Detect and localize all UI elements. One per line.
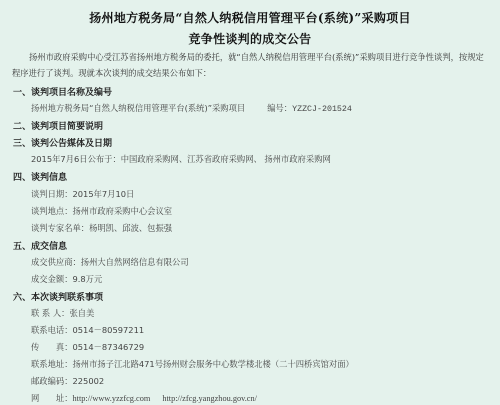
section-heading-contact: 六、本次谈判联系事项 xyxy=(13,290,103,303)
negotiation-date: 谈判日期：2015年7月10日 xyxy=(31,188,134,200)
contact-fax: 传 真：0514－87346729 xyxy=(31,341,144,353)
project-name: 扬州地方税务局“自然人纳税信用管理平台(系统)”采购项目 xyxy=(31,103,245,113)
deal-supplier: 成交供应商：扬州大自然网络信息有限公司 xyxy=(31,256,189,268)
intro-paragraph-line1: 扬州市政府采购中心受江苏省扬州地方税务局的委托，就“自然人纳税信用管理平台(系统… xyxy=(29,51,484,63)
contact-website-row: 网 址：http://www.yzzfcg.comhttp://zfcg.yan… xyxy=(31,392,257,404)
deal-amount: 成交金额：9.8万元 xyxy=(31,273,102,285)
section-heading-negotiation: 四、谈判信息 xyxy=(13,170,67,183)
publish-info: 2015年7月6日公布于：中国政府采购网、江苏省政府采购网、 扬州市政府采购网 xyxy=(31,153,331,165)
website-link-1[interactable]: http://www.yzzfcg.com xyxy=(73,394,151,403)
section-heading-summary: 二、谈判项目简要说明 xyxy=(13,119,103,132)
project-number: YZZCJ-201524 xyxy=(292,105,352,114)
contact-postcode: 邮政编码：225002 xyxy=(31,375,104,387)
contact-address: 联系地址：扬州市扬子江北路471号扬州财会服务中心数学楼北楼（二十四桥宾馆对面） xyxy=(31,358,354,370)
negotiation-experts: 谈判专家名单：杨明凯、邱波、包振强 xyxy=(31,222,172,234)
contact-person: 联 系 人：张自美 xyxy=(31,307,94,319)
negotiation-location: 谈判地点：扬州市政府采购中心会议室 xyxy=(31,205,172,217)
section-heading-deal: 五、成交信息 xyxy=(13,239,67,252)
website-link-2[interactable]: http://zfcg.yangzhou.gov.cn/ xyxy=(162,394,257,403)
website-label: 网 址： xyxy=(31,393,73,403)
document-subtitle: 竞争性谈判的成交公告 xyxy=(0,30,500,47)
intro-paragraph-line2: 程序进行了谈判。现就本次谈判的成交结果公布如下： xyxy=(12,67,211,79)
project-number-label: 编号： xyxy=(267,103,292,113)
project-name-row: 扬州地方税务局“自然人纳税信用管理平台(系统)”采购项目编号：YZZCJ-201… xyxy=(31,102,352,114)
section-heading-media: 三、谈判公告媒体及日期 xyxy=(13,136,112,149)
contact-phone: 联系电话：0514－80597211 xyxy=(31,324,144,336)
section-heading-project: 一、谈判项目名称及编号 xyxy=(13,85,112,98)
document-title: 扬州地方税务局“自然人纳税信用管理平台(系统)”采购项目 xyxy=(0,9,500,26)
